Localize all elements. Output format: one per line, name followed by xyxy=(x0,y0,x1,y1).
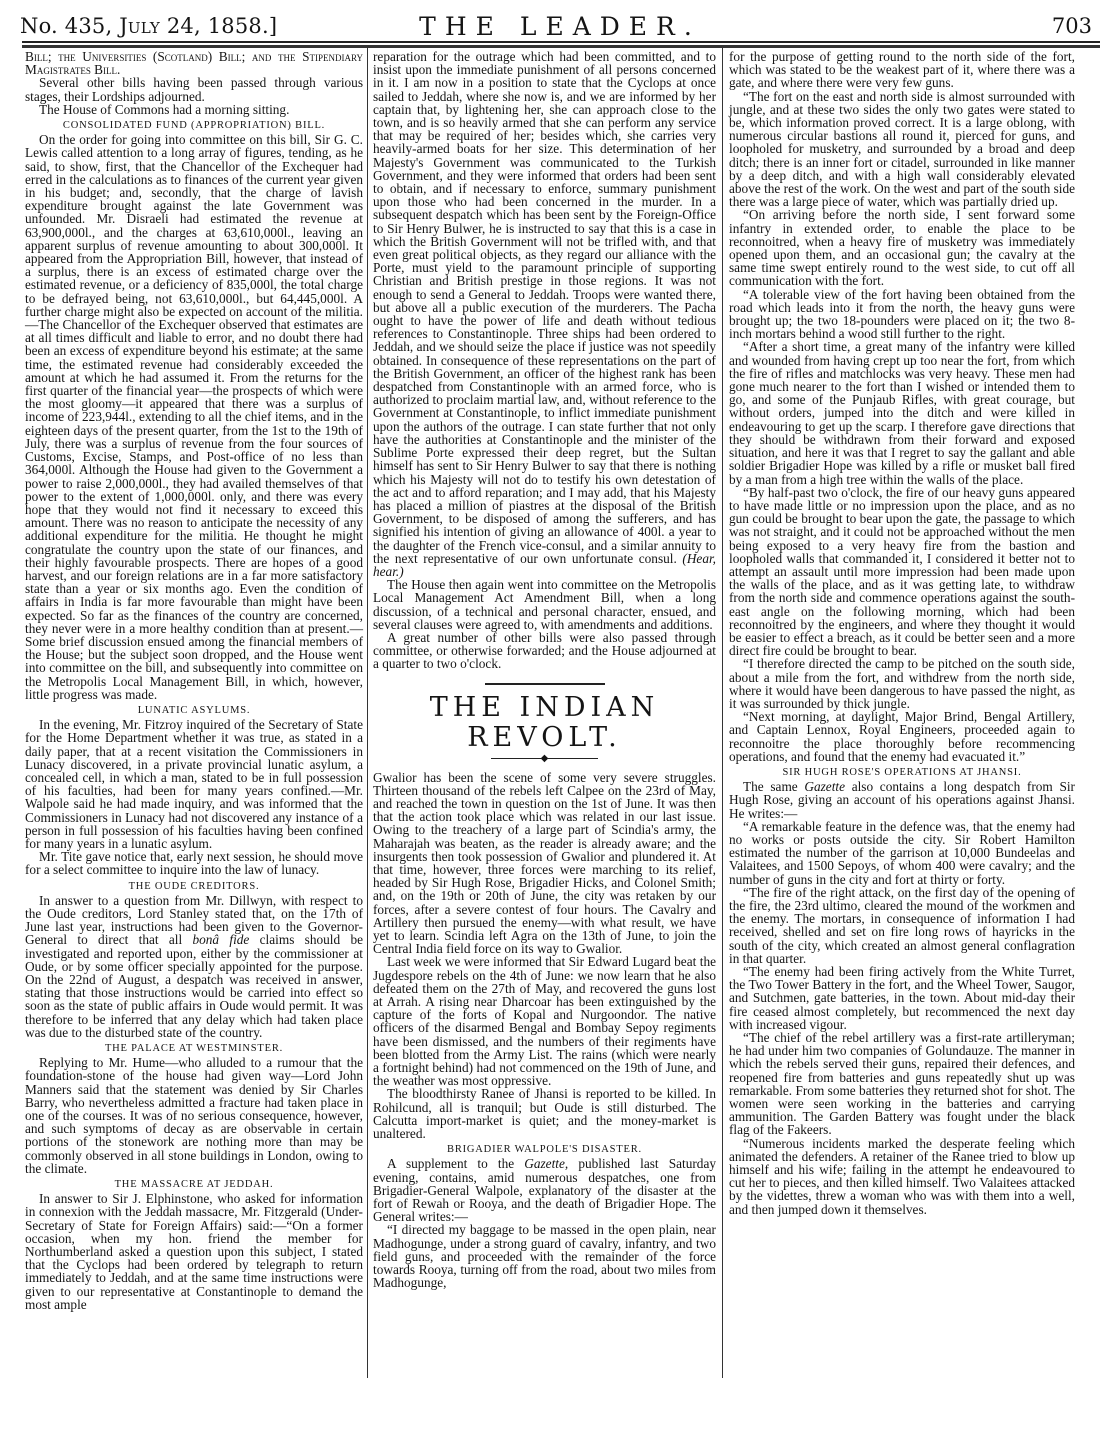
header-rule-thick xyxy=(22,45,1100,48)
column-divider xyxy=(722,48,723,1378)
article-heading: The Massacre at Jeddah. xyxy=(25,1178,363,1191)
paragraph: The House of Commons had a morning sitti… xyxy=(25,103,363,116)
paragraph: “The enemy had been firing actively from… xyxy=(729,965,1075,1031)
article-heading: The Oude Creditors. xyxy=(25,880,363,893)
paragraph: Bill; the Universities (Scotland) Bill; … xyxy=(25,50,363,76)
paragraph: “Numerous incidents marked the desperate… xyxy=(729,1137,1075,1216)
paragraph: “I therefore directed the camp to be pit… xyxy=(729,657,1075,710)
paragraph: “A remarkable feature in the defence was… xyxy=(729,820,1075,886)
paragraph: A great number of other bills were also … xyxy=(373,631,716,671)
paragraph: “I directed my baggage to be massed in t… xyxy=(373,1223,716,1289)
paragraph: The House then again went into committee… xyxy=(373,578,716,631)
column-3: for the purpose of getting round to the … xyxy=(729,50,1075,1216)
header-rule xyxy=(22,41,1100,43)
paragraph: The bloodthirsty Ranee of Jhansi is repo… xyxy=(373,1087,716,1140)
article-heading: Lunatic Asylums. xyxy=(25,704,363,717)
paragraph: “On arriving before the north side, I se… xyxy=(729,208,1075,287)
paragraph: Several other bills having been passed t… xyxy=(25,76,363,102)
column-divider xyxy=(367,48,368,1378)
paragraph: “A tolerable view of the fort having bee… xyxy=(729,288,1075,341)
paragraph: A supplement to the Gazette, published l… xyxy=(373,1157,716,1223)
page-number: 703 xyxy=(1052,14,1092,38)
paragraph: “After a short time, a great many of the… xyxy=(729,340,1075,485)
paragraph: for the purpose of getting round to the … xyxy=(729,50,1075,90)
article-heading: Consolidated Fund (Appropriation) Bill. xyxy=(25,119,363,132)
paragraph: “The fort on the east and north side is … xyxy=(729,90,1075,209)
paragraph: Replying to Mr. Hume—who alluded to a ru… xyxy=(25,1056,363,1175)
article-heading: Sir Hugh Rose's Operations at Jhansi. xyxy=(729,766,1075,779)
paragraph: “The fire of the right attack, on the fi… xyxy=(729,886,1075,965)
newspaper-title: THE LEADER. xyxy=(20,12,1100,41)
paragraph: In answer to Sir J. Elphinstone, who ask… xyxy=(25,1192,363,1311)
text-run: claims should be investigated and report… xyxy=(25,932,363,1039)
text-run: reparation for the outrage which had bee… xyxy=(373,49,716,566)
article-heading: The Palace at Westminster. xyxy=(25,1042,363,1055)
section-rule xyxy=(485,683,605,685)
paragraph: “By half-past two o'clock, the fire of o… xyxy=(729,486,1075,658)
column-1: Bill; the Universities (Scotland) Bill; … xyxy=(25,50,363,1311)
paragraph: Mr. Tite gave notice that, early next se… xyxy=(25,850,363,876)
section-title: THE INDIAN REVOLT. xyxy=(373,693,716,753)
paragraph: “The chief of the rebel artillery was a … xyxy=(729,1031,1075,1137)
paragraph: In answer to a question from Mr. Dillwyn… xyxy=(25,894,363,1039)
paragraph: In the evening, Mr. Fitzroy inquired of … xyxy=(25,718,363,850)
masthead: No. 435, July 24, 1858.] THE LEADER. 703 xyxy=(20,10,1100,44)
article-heading: Brigadier Walpole's Disaster. xyxy=(373,1143,716,1156)
paragraph: On the order for going into committee on… xyxy=(25,133,363,701)
paragraph: reparation for the outrage which had bee… xyxy=(373,50,716,578)
column-2: reparation for the outrage which had bee… xyxy=(373,50,716,1289)
paragraph: “Next morning, at daylight, Major Brind,… xyxy=(729,710,1075,763)
paragraph: Last week we were informed that Sir Edwa… xyxy=(373,955,716,1087)
paragraph: Gwalior has been the scene of some very … xyxy=(373,771,716,956)
paragraph: The same Gazette also contains a long de… xyxy=(729,780,1075,820)
ornament-divider: ◆ xyxy=(373,753,716,765)
